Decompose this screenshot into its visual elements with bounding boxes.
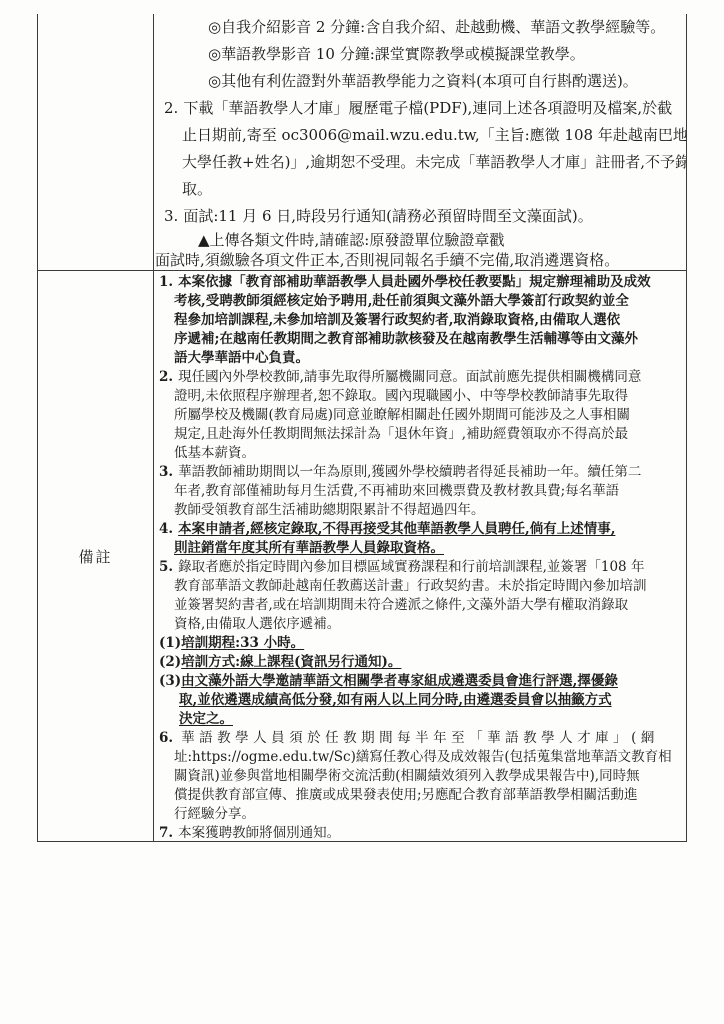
- line-text: 規定,且赴海外任教期間無法採計為「退休年資」,補助經費領取亦不得高於最: [174, 426, 628, 442]
- notes-label: 備註: [38, 271, 154, 841]
- line-text: 華語教師補助期間以一年為原則,獲國外學校續聘者得延長補助一年。續任第二: [178, 464, 641, 480]
- text-line: 7.本案獲聘教師將個別通知。: [154, 824, 684, 841]
- application-content-cell: ◎自我介紹影音 2 分鐘:含自我介紹、赴越動機、華語文教學經驗等。◎華語教學影音…: [154, 14, 686, 270]
- text-line: (3)由文藻外語大學邀請華語文相關學者專家組成遴選委員會進行評選,擇優錄: [154, 672, 684, 691]
- line-text: 面試:11 月 6 日,時段另行通知(請務必預留時間至文藻面試)。: [183, 207, 592, 225]
- line-text: 華語教學人員須於任教期間每半年至「華語教學人才庫」(網: [181, 730, 659, 746]
- line-text: 決定之。: [179, 711, 233, 727]
- line-text: 止日期前,寄至 oc3006@mail.wzu.edu.tw,「主旨:應徵 10…: [182, 126, 686, 144]
- text-line: ▲上傳各類文件時,請確認:原發證單位驗證章戳: [154, 230, 684, 250]
- text-line: 語大學華語中心負責。: [154, 349, 684, 368]
- text-line: 證明,未依照程序辦理者,恕不錄取。國內現職國小、中等學校教師請事先取得: [154, 387, 684, 406]
- text-line: ◎自我介紹影音 2 分鐘:含自我介紹、赴越動機、華語文教學經驗等。: [154, 14, 684, 41]
- document-page: ◎自我介紹影音 2 分鐘:含自我介紹、赴越動機、華語文教學經驗等。◎華語教學影音…: [0, 0, 724, 1024]
- line-text: 語大學華語中心負責。: [174, 350, 309, 366]
- line-text: 證明,未依照程序辦理者,恕不錄取。國內現職國小、中等學校教師請事先取得: [174, 388, 628, 404]
- text-line: ◎華語教學影音 10 分鐘:課堂實際教學或模擬課堂教學。: [154, 41, 684, 68]
- line-text: 償提供教育部宣傳、推廣或成果發表使用;另應配合教育部華語教學相關活動進: [174, 787, 638, 803]
- line-text: ◎華語教學影音 10 分鐘:課堂實際教學或模擬課堂教學。: [208, 45, 585, 63]
- line-text: 資格,由備取人選依序遞補。: [174, 616, 340, 632]
- text-line: 資格,由備取人選依序遞補。: [154, 615, 684, 634]
- document-table: ◎自我介紹影音 2 分鐘:含自我介紹、赴越動機、華語文教學經驗等。◎華語教學影音…: [37, 14, 687, 842]
- item-number: 6.: [159, 730, 173, 746]
- item-number: (2): [159, 654, 181, 670]
- line-text: 錄取者應於指定時間內參加目標區域實務課程和行前培訓課程,並簽署「108 年: [178, 559, 644, 575]
- text-line: 址:https://ogme.edu.tw/Sc)繕寫任教心得及成效報告(包括蒐…: [154, 748, 684, 767]
- text-line: 關資訊)並參與當地相關學術交流活動(相關績效須列入教學成果報告中),同時無: [154, 767, 684, 786]
- line-text: ◎自我介紹影音 2 分鐘:含自我介紹、赴越動機、華語文教學經驗等。: [208, 18, 665, 36]
- line-text: 序遞補;在越南任教期間之教育部補助款核發及在越南教學生活輔導等由文藻外: [174, 331, 638, 347]
- text-line: 程參加培訓課程,未參加培訓及簽署行政契約者,取消錄取資格,由備取人選依: [154, 311, 684, 330]
- row-application-procedure: ◎自我介紹影音 2 分鐘:含自我介紹、赴越動機、華語文教學經驗等。◎華語教學影音…: [38, 14, 686, 271]
- text-line: (1)培訓期程:33 小時。: [154, 634, 684, 653]
- line-text: 程參加培訓課程,未參加培訓及簽署行政契約者,取消錄取資格,由備取人選依: [174, 312, 620, 328]
- text-line: 1.本案依據「教育部補助華語教學人員赴國外學校任教要點」規定辦理補助及成效: [154, 273, 684, 292]
- text-line: 規定,且赴海外任教期間無法採計為「退休年資」,補助經費領取亦不得高於最: [154, 425, 684, 444]
- line-text: 培訓方式:線上課程(資訊另行通知)。: [181, 654, 401, 670]
- text-line: 2.現任國內外學校教師,請事先取得所屬機關同意。面試前應先提供相關機構同意: [154, 368, 684, 387]
- text-line: 取,並依遴選成績高低分發,如有兩人以上同分時,由遴選委員會以抽籤方式: [154, 691, 684, 710]
- text-line: 4.本案申請者,經核定錄取,不得再接受其他華語教學人員聘任,倘有上述情事,: [154, 520, 684, 539]
- line-text: ▲上傳各類文件時,請確認:原發證單位驗證章戳: [198, 231, 504, 249]
- item-number: 3.: [164, 207, 178, 225]
- item-number: 5.: [159, 559, 173, 575]
- text-line: 決定之。: [154, 710, 684, 729]
- item-number: 2.: [159, 369, 173, 385]
- line-text: 由文藻外語大學邀請華語文相關學者專家組成遴選委員會進行評選,擇優錄: [181, 673, 618, 689]
- item-number: 1.: [159, 274, 173, 290]
- line-text: 年者,教育部僅補助每月生活費,不再補助來回機票費及教材教具費;每名華語: [174, 483, 619, 499]
- line-text: 考核,受聘教師須經核定始予聘用,赴任前須與文藻外語大學簽訂行政契約並全: [174, 293, 629, 309]
- text-line: 止日期前,寄至 oc3006@mail.wzu.edu.tw,「主旨:應徵 10…: [154, 122, 684, 149]
- line-text: 面試時,須繳驗各項文件正本,否則視同報名手續不完備,取消遴選資格。: [155, 251, 619, 269]
- line-text: 現任國內外學校教師,請事先取得所屬機關同意。面試前應先提供相關機構同意: [178, 369, 641, 385]
- line-text: ◎其他有利佐證對外華語教學能力之資料(本項可自行斟酌選送)。: [208, 72, 638, 90]
- text-line: 3.面試:11 月 6 日,時段另行通知(請務必預留時間至文藻面試)。: [154, 203, 684, 230]
- text-line: 6.華語教學人員須於任教期間每半年至「華語教學人才庫」(網: [154, 729, 684, 748]
- item-number: (3): [159, 673, 181, 689]
- line-text: 並簽署契約書者,或在培訓期間未符合遴派之條件,文藻外語大學有權取消錄取: [174, 597, 628, 613]
- line-text: 址:https://ogme.edu.tw/Sc)繕寫任教心得及成效報告(包括蒐…: [174, 749, 672, 765]
- line-text: 所屬學校及機關(教育局處)同意並瞭解相關赴任國外期間可能涉及之人事相關: [174, 407, 630, 423]
- line-text: 低基本薪資。: [174, 445, 255, 461]
- text-line: 序遞補;在越南任教期間之教育部補助款核發及在越南教學生活輔導等由文藻外: [154, 330, 684, 349]
- line-text: 培訓期程:33 小時。: [181, 635, 304, 651]
- line-text: 關資訊)並參與當地相關學術交流活動(相關績效須列入教學成果報告中),同時無: [174, 768, 640, 784]
- text-line: 所屬學校及機關(教育局處)同意並瞭解相關赴任國外期間可能涉及之人事相關: [154, 406, 684, 425]
- text-line: 5.錄取者應於指定時間內參加目標區域實務課程和行前培訓課程,並簽署「108 年: [154, 558, 684, 577]
- line-text: 本案申請者,經核定錄取,不得再接受其他華語教學人員聘任,倘有上述情事,: [178, 521, 615, 537]
- item-number: 7.: [159, 825, 173, 841]
- text-line: ◎其他有利佐證對外華語教學能力之資料(本項可自行斟酌選送)。: [154, 68, 684, 95]
- text-line: (2)培訓方式:線上課程(資訊另行通知)。: [154, 653, 684, 672]
- text-line: 則註銷當年度其所有華語教學人員錄取資格。: [154, 539, 684, 558]
- text-line: 並簽署契約書者,或在培訓期間未符合遴派之條件,文藻外語大學有權取消錄取: [154, 596, 684, 615]
- text-line: 教師受領教育部生活補助總期限累計不得超過四年。: [154, 501, 684, 520]
- text-line: 低基本薪資。: [154, 444, 684, 463]
- line-text: 本案依據「教育部補助華語教學人員赴國外學校任教要點」規定辦理補助及成效: [178, 274, 651, 290]
- text-line: 取。: [154, 176, 684, 203]
- line-text: 取,並依遴選成績高低分發,如有兩人以上同分時,由遴選委員會以抽籤方式: [179, 692, 612, 708]
- text-line: 行經驗分享。: [154, 805, 684, 824]
- application-label-cell: [38, 14, 154, 270]
- item-number: 4.: [159, 521, 173, 537]
- line-text: 教育部華語文教師赴越南任教薦送計畫」行政契約書。未於指定時間內參加培訓: [174, 578, 647, 594]
- item-number: 2.: [164, 99, 178, 117]
- text-line: 考核,受聘教師須經核定始予聘用,赴任前須與文藻外語大學簽訂行政契約並全: [154, 292, 684, 311]
- item-number: 3.: [159, 464, 173, 480]
- line-text: 本案獲聘教師將個別通知。: [178, 825, 340, 841]
- item-number: (1): [159, 635, 181, 651]
- text-line: 年者,教育部僅補助每月生活費,不再補助來回機票費及教材教具費;每名華語: [154, 482, 684, 501]
- row-notes: 備註 1.本案依據「教育部補助華語教學人員赴國外學校任教要點」規定辦理補助及成效…: [38, 271, 686, 841]
- text-line: 大學任教+姓名)」,逾期恕不受理。未完成「華語教學人才庫」註冊者,不予錄: [154, 149, 684, 176]
- text-line: 教育部華語文教師赴越南任教薦送計畫」行政契約書。未於指定時間內參加培訓: [154, 577, 684, 596]
- line-text: 行經驗分享。: [174, 806, 255, 822]
- line-text: 取。: [182, 180, 212, 198]
- notes-content-cell: 1.本案依據「教育部補助華語教學人員赴國外學校任教要點」規定辦理補助及成效考核,…: [154, 271, 686, 841]
- line-text: 大學任教+姓名)」,逾期恕不受理。未完成「華語教學人才庫」註冊者,不予錄: [182, 153, 686, 171]
- text-line: 3.華語教師補助期間以一年為原則,獲國外學校續聘者得延長補助一年。續任第二: [154, 463, 684, 482]
- line-text: 下載「華語教學人才庫」履歷電子檔(PDF),連同上述各項證明及檔案,於截: [183, 99, 672, 117]
- text-line: 償提供教育部宣傳、推廣或成果發表使用;另應配合教育部華語教學相關活動進: [154, 786, 684, 805]
- line-text: 則註銷當年度其所有華語教學人員錄取資格。: [174, 540, 444, 556]
- text-line: 面試時,須繳驗各項文件正本,否則視同報名手續不完備,取消遴選資格。: [154, 250, 684, 270]
- line-text: 教師受領教育部生活補助總期限累計不得超過四年。: [174, 502, 485, 518]
- text-line: 2.下載「華語教學人才庫」履歷電子檔(PDF),連同上述各項證明及檔案,於截: [154, 95, 684, 122]
